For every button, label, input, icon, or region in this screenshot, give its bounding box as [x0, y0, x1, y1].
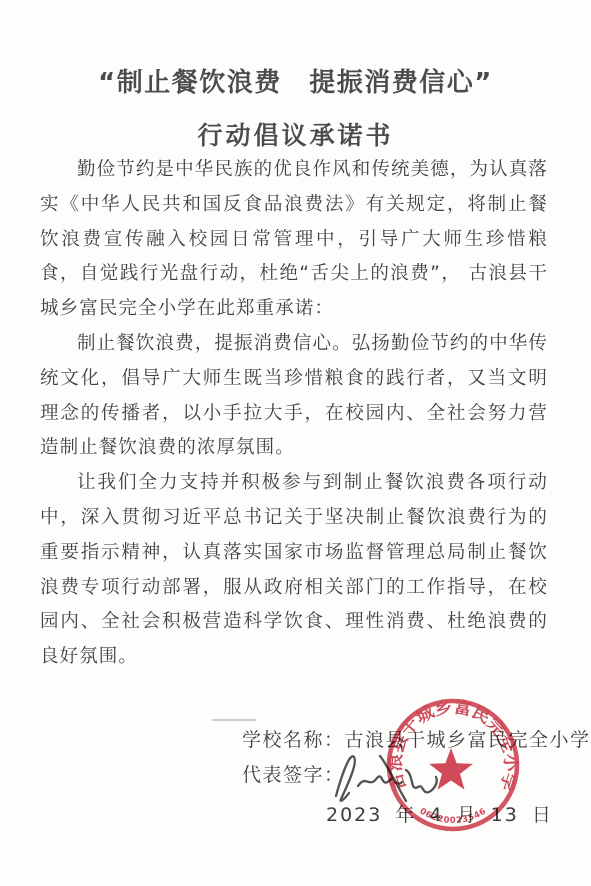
- signature-stroke-1: [336, 756, 355, 801]
- scan-artifact-line: [212, 719, 256, 721]
- scanned-document-page: “制止餐饮浪费 提振消费信心” 行动倡议承诺书 勤俭节约是中华民族的优良作风和传…: [0, 0, 591, 886]
- official-seal: 古浪县干城乡富民完全小学 06220023546: [368, 680, 538, 850]
- signature-block: 学校名称：古浪县干城乡富民完全小学 代表签字： 2023 年 4 月 13 日 …: [0, 0, 591, 886]
- seal-star-icon: [429, 748, 473, 790]
